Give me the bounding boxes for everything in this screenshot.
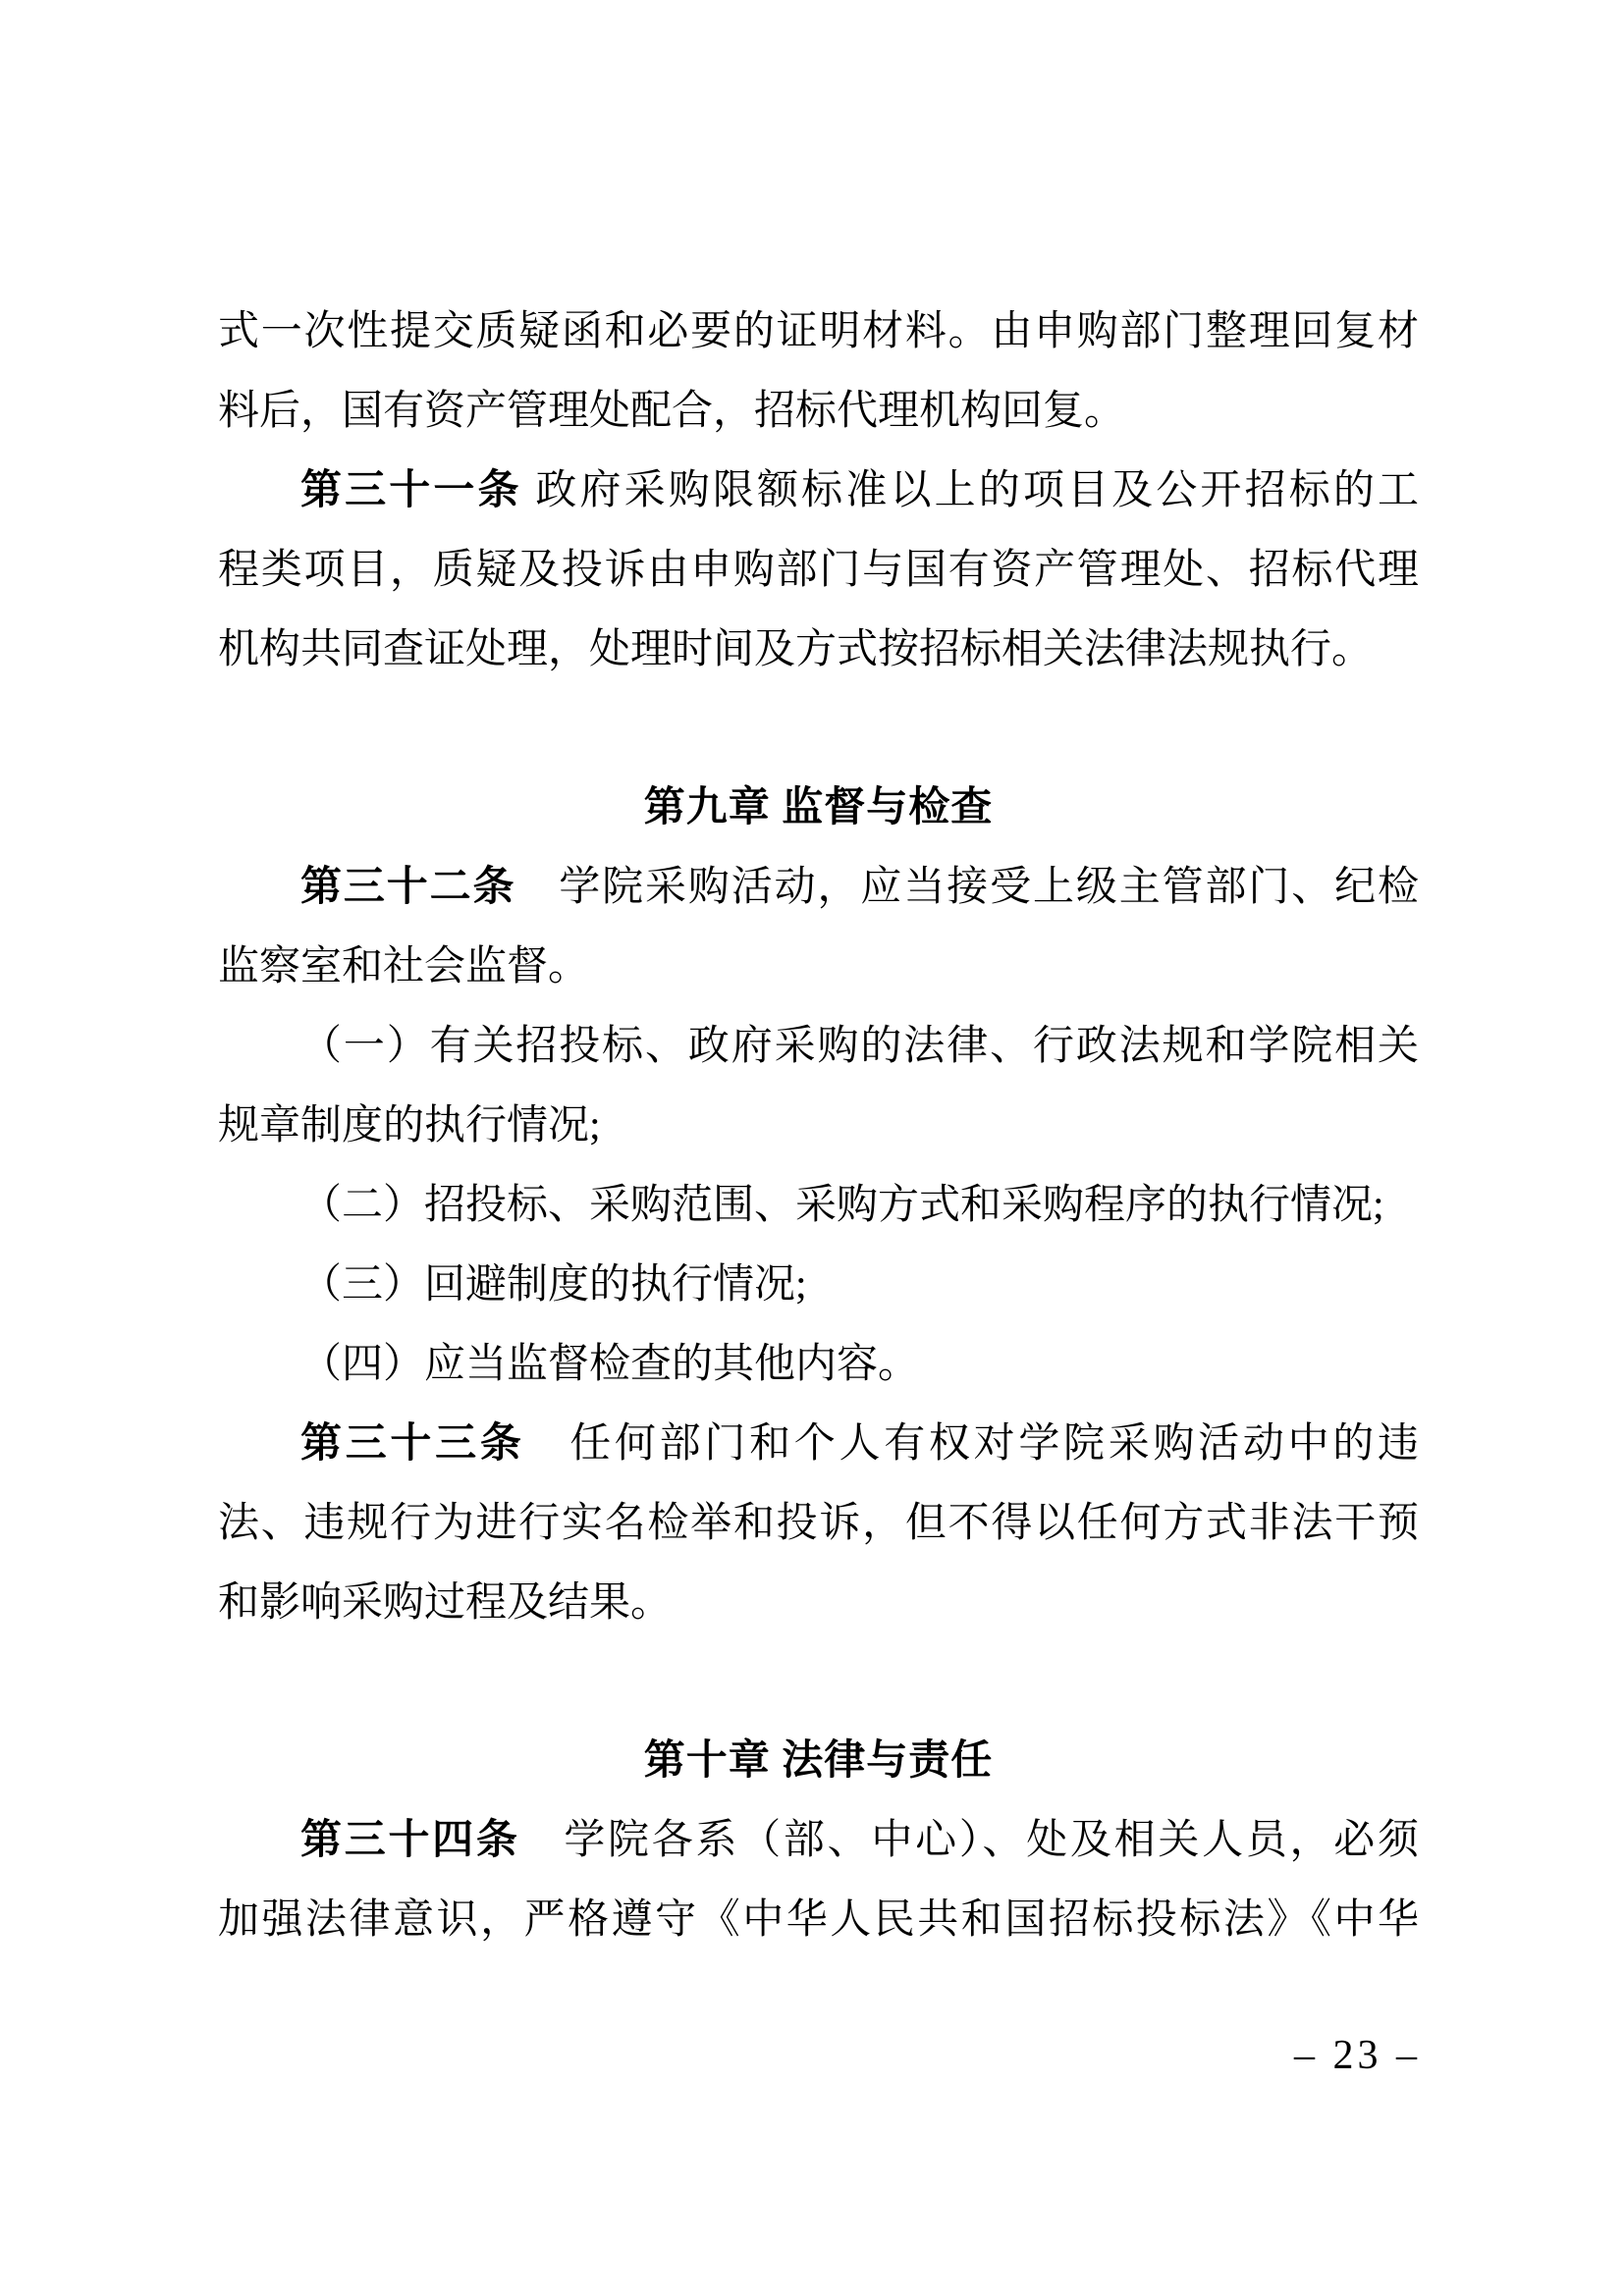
document-page: 式一次性提交质疑函和必要的证明材料。由申购部门整理回复材料后，国有资产管理处配合… — [0, 0, 1624, 2296]
text-line: 程类项目，质疑及投诉由申购部门与国有资产管理处、招标代理 — [218, 531, 1419, 611]
text-segment: 和影响采购过程及结果。 — [218, 1580, 672, 1626]
paragraph: （二）招投标、采购范围、采购方式和采购程序的执行情况; — [218, 1166, 1419, 1246]
text-segment: （三）回避制度的执行情况; — [300, 1262, 807, 1308]
text-line: 第三十四条 学院各系（部、中心）、处及相关人员，必须 — [218, 1801, 1419, 1881]
paragraph: 第三十二条 学院采购活动，应当接受上级主管部门、纪检监察室和社会监督。 — [218, 848, 1419, 1007]
page-number: – 23 – — [1294, 2034, 1421, 2077]
text-segment: 学院各系（部、中心）、处及相关人员，必须 — [520, 1818, 1419, 1863]
paragraph: 第三十四条 学院各系（部、中心）、处及相关人员，必须加强法律意识，严格遵守《中华… — [218, 1801, 1419, 1960]
paragraph: 式一次性提交质疑函和必要的证明材料。由申购部门整理回复材料后，国有资产管理处配合… — [218, 293, 1419, 452]
paragraph: （三）回避制度的执行情况; — [218, 1246, 1419, 1325]
text-line: 第三十二条 学院采购活动，应当接受上级主管部门、纪检 — [218, 848, 1419, 928]
text-segment: 学院采购活动，应当接受上级主管部门、纪检 — [515, 865, 1419, 910]
text-segment: 政府采购限额标准以上的项目及公开招标的工 — [522, 468, 1419, 513]
text-line: 第三十三条 任何部门和个人有权对学院采购活动中的违 — [218, 1405, 1419, 1484]
text-line: （三）回避制度的执行情况; — [218, 1246, 1419, 1325]
text-segment: （一）有关招投标、政府采购的法律、行政法规和学院相关 — [300, 1024, 1419, 1069]
text-line: 监察室和社会监督。 — [218, 928, 1419, 1007]
text-segment: 规章制度的执行情况; — [218, 1103, 601, 1148]
text-line: 规章制度的执行情况; — [218, 1087, 1419, 1166]
article-number: 第三十三条 — [300, 1421, 525, 1467]
paragraph: （四）应当监督检查的其他内容。 — [218, 1325, 1419, 1405]
text-segment: 法、违规行为进行实名检举和投诉，但不得以任何方式非法干预 — [218, 1501, 1419, 1546]
document-body: 式一次性提交质疑函和必要的证明材料。由申购部门整理回复材料后，国有资产管理处配合… — [218, 293, 1419, 1960]
text-segment: 式一次性提交质疑函和必要的证明材料。由申购部门整理回复材 — [218, 309, 1419, 354]
text-line: （四）应当监督检查的其他内容。 — [218, 1325, 1419, 1405]
text-segment: （二）招投标、采购范围、采购方式和采购程序的执行情况; — [300, 1183, 1384, 1228]
text-segment: 监察室和社会监督。 — [218, 944, 589, 989]
paragraph: （一）有关招投标、政府采购的法律、行政法规和学院相关规章制度的执行情况; — [218, 1007, 1419, 1166]
text-segment: 料后，国有资产管理处配合，招标代理机构回复。 — [218, 389, 1125, 434]
chapter-heading: 第十章 法律与责任 — [218, 1722, 1419, 1801]
chapter-heading: 第九章 监督与检查 — [218, 769, 1419, 848]
paragraph: 第三十一条 政府采购限额标准以上的项目及公开招标的工程类项目，质疑及投诉由申购部… — [218, 452, 1419, 690]
text-line: 料后，国有资产管理处配合，招标代理机构回复。 — [218, 372, 1419, 452]
text-segment: 程类项目，质疑及投诉由申购部门与国有资产管理处、招标代理 — [218, 548, 1419, 593]
text-segment: （四）应当监督检查的其他内容。 — [300, 1342, 919, 1387]
text-segment: 加强法律意识，严格遵守《中华人民共和国招标投标法》《中华 — [218, 1897, 1419, 1943]
text-line: 加强法律意识，严格遵守《中华人民共和国招标投标法》《中华 — [218, 1881, 1419, 1960]
text-line: 法、违规行为进行实名检举和投诉，但不得以任何方式非法干预 — [218, 1484, 1419, 1564]
text-segment: 机构共同查证处理，处理时间及方式按招标相关法律法规执行。 — [218, 627, 1373, 672]
paragraph: 第三十三条 任何部门和个人有权对学院采购活动中的违法、违规行为进行实名检举和投诉… — [218, 1405, 1419, 1643]
article-number: 第三十二条 — [300, 865, 515, 910]
article-number: 第三十一条 — [300, 468, 522, 513]
text-line: 和影响采购过程及结果。 — [218, 1564, 1419, 1643]
article-number: 第三十四条 — [300, 1818, 520, 1863]
text-line: （一）有关招投标、政府采购的法律、行政法规和学院相关 — [218, 1007, 1419, 1087]
text-line: 第三十一条 政府采购限额标准以上的项目及公开招标的工 — [218, 452, 1419, 531]
text-line: 式一次性提交质疑函和必要的证明材料。由申购部门整理回复材 — [218, 293, 1419, 372]
text-line: 机构共同查证处理，处理时间及方式按招标相关法律法规执行。 — [218, 611, 1419, 690]
text-line: （二）招投标、采购范围、采购方式和采购程序的执行情况; — [218, 1166, 1419, 1246]
text-segment: 任何部门和个人有权对学院采购活动中的违 — [525, 1421, 1419, 1467]
